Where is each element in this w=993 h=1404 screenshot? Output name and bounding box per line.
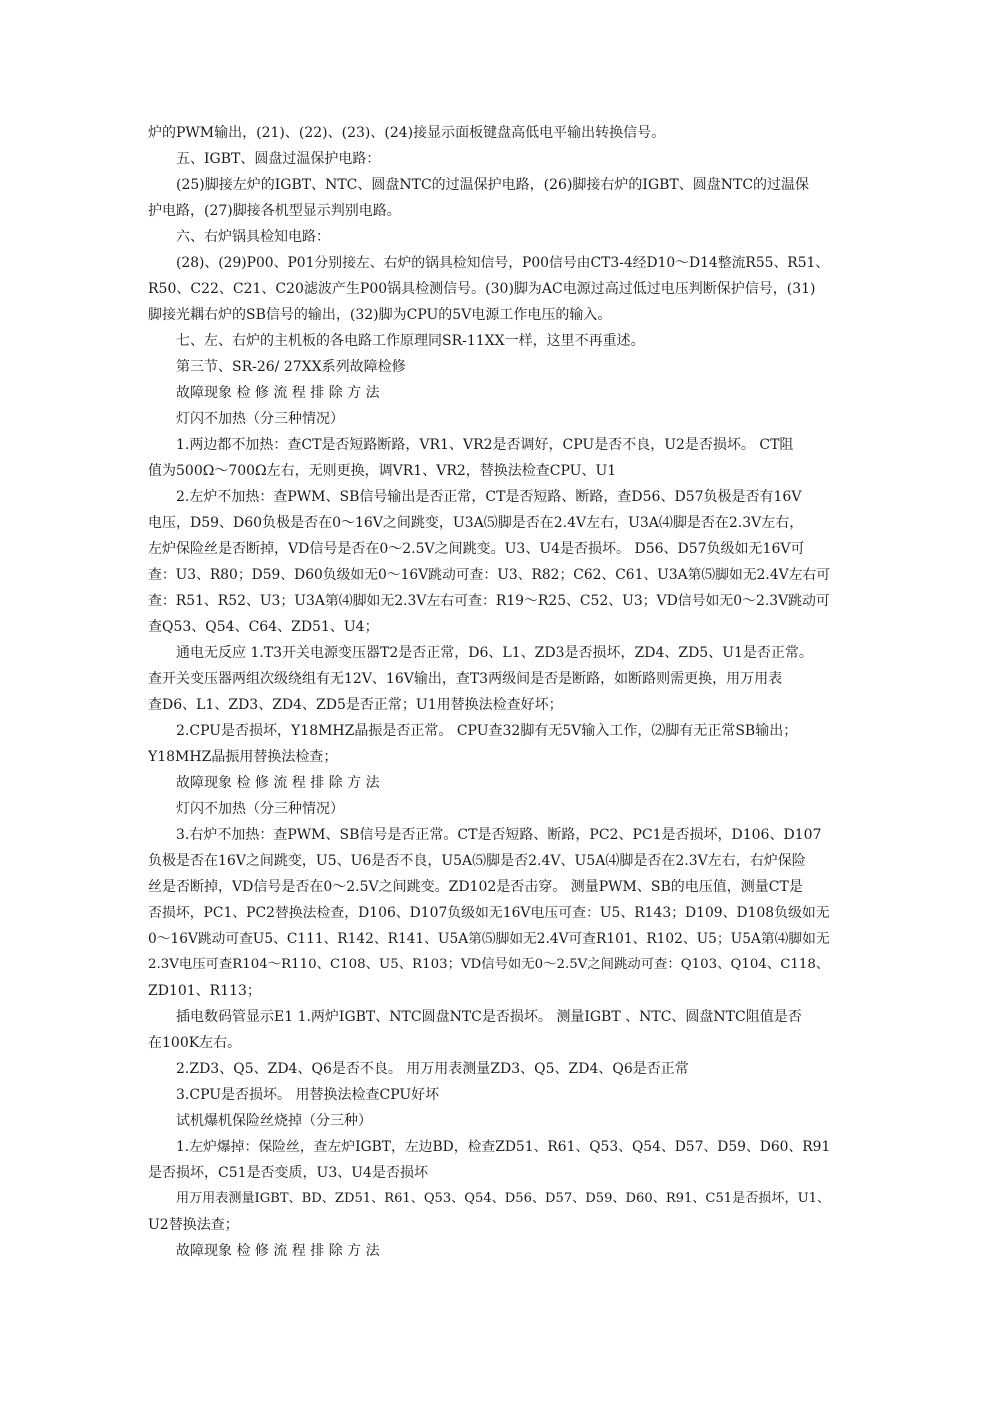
text-line: 在100K左右。 [148, 1030, 830, 1056]
text-line: 查开关变压器两组次级绕组有无12V、16V输出，查T3两级间是否是断路，如断路则… [148, 666, 830, 692]
text-line: 是否损坏，C51是否变质，U3、U4是否损坏 [148, 1160, 830, 1186]
text-line: 1.两边都不加热：查CT是否短路断路，VR1、VR2是否调好，CPU是否不良，U… [148, 432, 830, 458]
text-line: 五、IGBT、圆盘过温保护电路： [148, 146, 830, 172]
text-line: 2.左炉不加热：查PWM、SB信号输出是否正常，CT是否短路、断路，查D56、D… [148, 484, 830, 510]
text-line: (25)脚接左炉的IGBT、NTC、圆盘NTC的过温保护电路，(26)脚接右炉的… [148, 172, 830, 198]
text-line: ZD101、R113； [148, 978, 830, 1004]
text-line: (28)、(29)P00、P01分别接左、右炉的锅具检知信号，P00信号由CT3… [148, 250, 830, 276]
text-line: 六、右炉锅具检知电路： [148, 224, 830, 250]
text-line: 灯闪不加热（分三种情况） [148, 796, 830, 822]
text-line: 左炉保险丝是否断掉，VD信号是否在0～2.5V之间跳变。U3、U4是否损坏。 D… [148, 536, 830, 562]
text-line: 故障现象 检 修 流 程 排 除 方 法 [148, 380, 830, 406]
text-line: 3.右炉不加热：查PWM、SB信号是否正常。CT是否短路、断路，PC2、PC1是… [148, 822, 830, 848]
text-line: 故障现象 检 修 流 程 排 除 方 法 [148, 1238, 830, 1264]
text-line: 否损坏，PC1、PC2替换法检查，D106、D107负级如无16V电压可查：U5… [148, 900, 830, 926]
text-line: 查：U3、R80；D59、D60负级如无0～16V跳动可查：U3、R82；C62… [148, 562, 830, 588]
text-line: 插电数码管显示E1 1.两炉IGBT、NTC圆盘NTC是否损坏。 测量IGBT … [148, 1004, 830, 1030]
text-line: 2.3V电压可查R104～R110、C108、U5、R103；VD信号如无0～2… [148, 952, 830, 978]
text-line: 2.ZD3、Q5、ZD4、Q6是否不良。 用万用表测量ZD3、Q5、ZD4、Q6… [148, 1056, 830, 1082]
text-line: 用万用表测量IGBT、BD、ZD51、R61、Q53、Q54、D56、D57、D… [148, 1186, 830, 1212]
text-line: 2.CPU是否损坏，Y18MHZ晶振是否正常。 CPU查32脚有无5V输入工作，… [148, 718, 830, 744]
text-line: 1.左炉爆掉：保险丝，查左炉IGBT，左边BD，检查ZD51、R61、Q53、Q… [148, 1134, 830, 1160]
document-page: 炉的PWM输出，(21)、(22)、(23)、(24)接显示面板键盘高低电平输出… [148, 120, 830, 1264]
text-line: 试机爆机保险丝烧掉（分三种） [148, 1108, 830, 1134]
text-line: 值为500Ω～700Ω左右，无则更换，调VR1、VR2，替换法检查CPU、U1 [148, 458, 830, 484]
text-line: 查D6、L1、ZD3、ZD4、ZD5是否正常；U1用替换法检查好坏； [148, 692, 830, 718]
text-line: 灯闪不加热（分三种情况） [148, 406, 830, 432]
text-line: 炉的PWM输出，(21)、(22)、(23)、(24)接显示面板键盘高低电平输出… [148, 120, 830, 146]
text-line: 七、左、右炉的主机板的各电路工作原理同SR-11XX一样，这里不再重述。 [148, 328, 830, 354]
text-line: 脚接光耦右炉的SB信号的输出，(32)脚为CPU的5V电源工作电压的输入。 [148, 302, 830, 328]
text-line: Y18MHZ晶振用替换法检查； [148, 744, 830, 770]
text-line: 电压，D59、D60负极是否在0～16V之间跳变，U3A⑸脚是否在2.4V左右，… [148, 510, 830, 536]
text-line: 0～16V跳动可查U5、C111、R142、R141、U5A第⑸脚如无2.4V可… [148, 926, 830, 952]
text-line: 护电路，(27)脚接各机型显示判别电路。 [148, 198, 830, 224]
text-line: 查：R51、R52、U3；U3A第⑷脚如无2.3V左右可查：R19～R25、C5… [148, 588, 830, 614]
text-line: 负极是否在16V之间跳变，U5、U6是否不良，U5A⑸脚是否2.4V、U5A⑷脚… [148, 848, 830, 874]
text-line: 故障现象 检 修 流 程 排 除 方 法 [148, 770, 830, 796]
text-line: 查Q53、Q54、C64、ZD51、U4； [148, 614, 830, 640]
text-line: 通电无反应 1.T3开关电源变压器T2是否正常，D6、L1、ZD3是否损坏，ZD… [148, 640, 830, 666]
text-line: R50、C22、C21、C20滤波产生P00锅具检测信号。(30)脚为AC电源过… [148, 276, 830, 302]
text-line: U2替换法查； [148, 1212, 830, 1238]
text-line: 3.CPU是否损坏。 用替换法检查CPU好坏 [148, 1082, 830, 1108]
text-line: 丝是否断掉，VD信号是否在0～2.5V之间跳变。ZD102是否击穿。 测量PWM… [148, 874, 830, 900]
text-line: 第三节、SR-26/ 27XX系列故障检修 [148, 354, 830, 380]
